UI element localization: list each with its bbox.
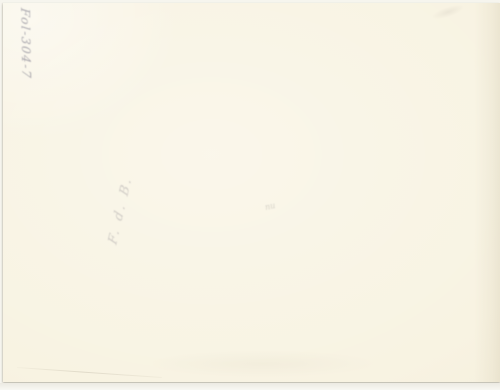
pencil-initials: F. d. B. bbox=[106, 173, 136, 247]
photo-verso-card: Fol-304-7 F. d. B. nu bbox=[3, 3, 500, 382]
pencil-catalog-number: Fol-304-7 bbox=[18, 7, 33, 80]
scanner-bottom-strip bbox=[0, 383, 500, 390]
crease-line bbox=[17, 367, 162, 378]
right-edge-shade bbox=[474, 3, 500, 382]
stray-pencil-mark: nu bbox=[264, 201, 276, 212]
top-right-smudge bbox=[430, 2, 465, 22]
bottom-smudge bbox=[153, 351, 373, 377]
corner-light-highlight bbox=[3, 3, 183, 143]
scanner-background: Fol-304-7 F. d. B. nu bbox=[0, 0, 500, 390]
